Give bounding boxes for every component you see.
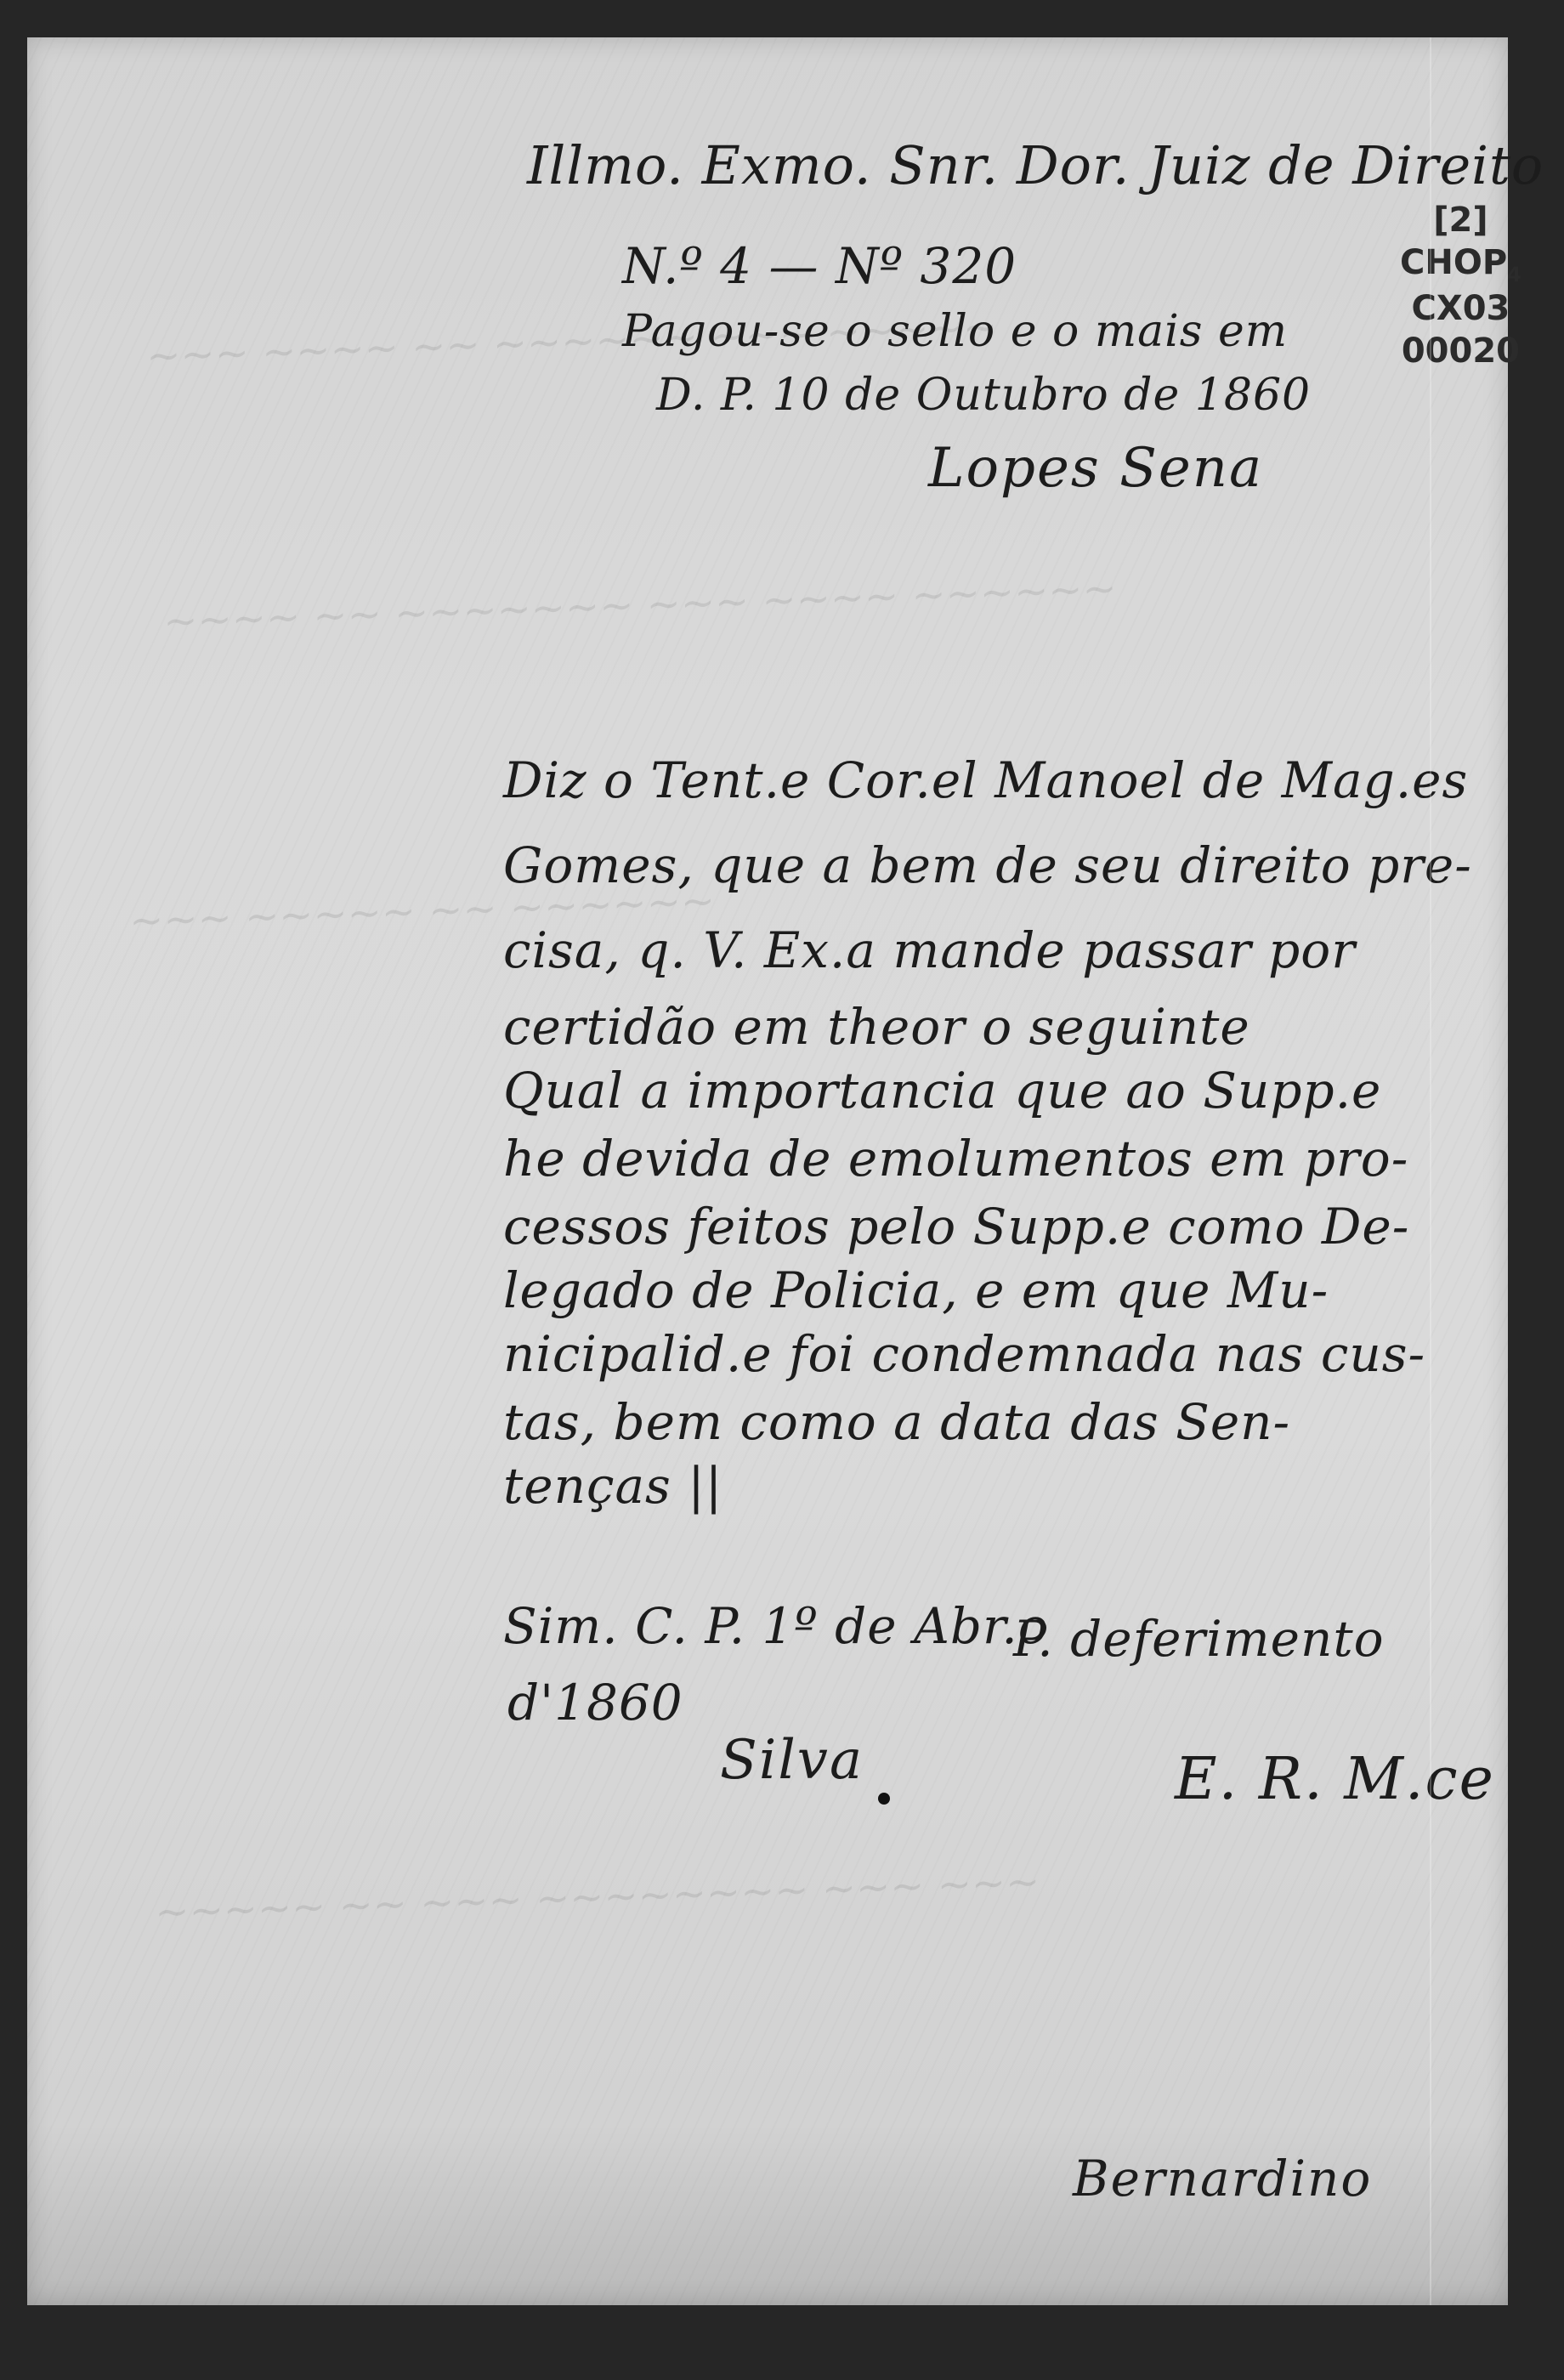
scanned-document: ~~~ ~~~~ ~~ ~~~~~~ ~~~ ~~~~~ ~~~~ ~~ ~~~… [0,0,1564,2380]
closing-date-line: Sim. C. P. 1º de Abr.o [503,1601,1049,1651]
petition-line: Qual a importancia que ao Supp.e [503,1066,1381,1115]
closing-signature: Silva [720,1729,864,1792]
petition-line: legado de Policia, e em que Mu- [503,1266,1329,1315]
footer-signature: Bernardino [1073,2150,1372,2207]
closing-request: P. deferimento [1013,1614,1385,1663]
petition-line: Gomes, que a bem de seu direito pre- [503,841,1472,890]
header-date-line: D. P. 10 de Outubro de 1860 [656,373,1311,417]
manuscript-page: ~~~ ~~~~ ~~ ~~~~~~ ~~~ ~~~~~ ~~~~ ~~ ~~~… [27,37,1508,2305]
closing-formula: E. R. M.ce [1175,1746,1495,1813]
archival-marks: [2] CHOP4 CX03 00020 [1400,199,1521,372]
header-address-line: Illmo. Exmo. Snr. Dor. Juiz de Direito [527,139,1544,192]
header-payment-line: Pagou-se o sello e o mais em [622,309,1288,354]
petition-line: he devida de emolumentos em pro- [503,1134,1408,1183]
header-signature: Lopes Sena [928,437,1263,500]
bleed-through-text: ~~~~~ ~~ ~~~ ~~~~~~~~ ~~~ ~~~ [154,1858,1040,1936]
petition-line: Diz o Tent.e Cor.el Manoel de Mag.es [503,756,1468,805]
petition-line: nicipalid.e foi condemnada nas cus- [503,1329,1425,1379]
box-code: CX03 [1400,287,1521,330]
petition-line: tenças || [503,1461,722,1510]
collection-code: CHOP4 [1400,241,1521,287]
petition-line: tas, bem como a data das Sen- [503,1397,1290,1447]
closing-year: d'1860 [507,1678,683,1727]
bleed-through-text: ~~~~ ~~ ~~~~~~~ ~~~ ~~~~ ~~~~~~ [162,564,1117,645]
ink-blot [878,1793,890,1805]
petition-line: certidão em theor o seguinte [503,1002,1250,1051]
header-number-line: N.º 4 — Nº 320 [622,241,1017,291]
item-code: 00020 [1400,330,1521,372]
petition-line: cisa, q. V. Ex.a mande passar por [503,926,1356,975]
sheet-number: [2] [1400,199,1521,241]
petition-line: cessos feitos pelo Supp.e como De- [503,1202,1409,1251]
